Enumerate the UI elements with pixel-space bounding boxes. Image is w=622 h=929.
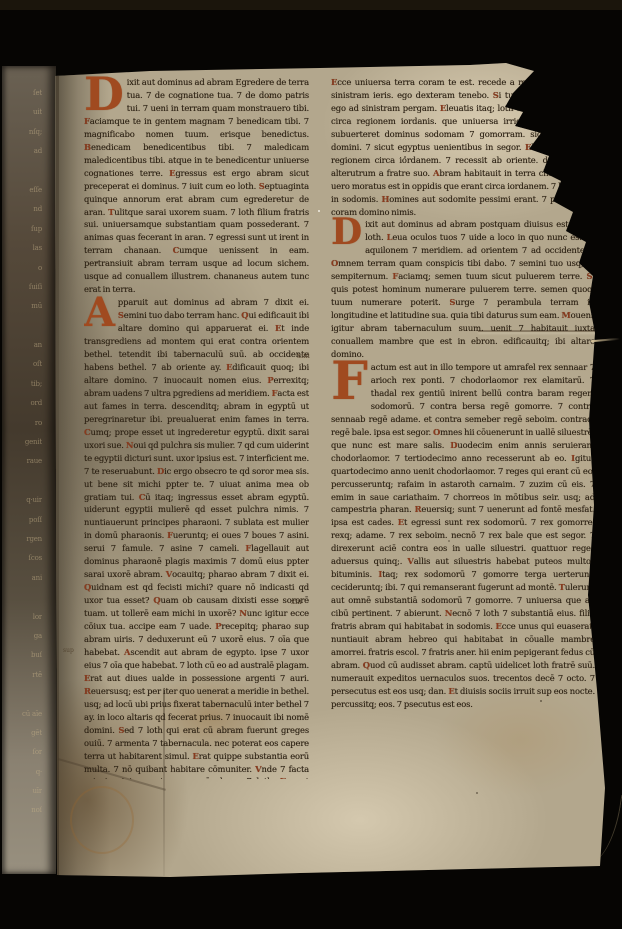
facing-page-fragment: ſor [2, 743, 42, 762]
facing-page-line-ends: ſetuitnſq;adeſſendſuplasoſuiſimūanoſttib… [2, 84, 42, 821]
facing-page-fragment: ani [2, 569, 42, 588]
facing-page-fragment: las [2, 239, 42, 258]
margin-interlinear-note: sup [63, 647, 74, 655]
manuscript-page: Dixit aut dominus ad abram Egredere de t… [0, 0, 622, 929]
facing-page-fragment: q· [2, 763, 42, 782]
rubricated-initial-D: D [331, 218, 362, 247]
facing-page-fragment [2, 588, 42, 607]
manuscript-text: ixit aut dominus ad abram Egredere de te… [84, 77, 309, 294]
facing-page-fragment: rgen [2, 530, 42, 549]
facing-page-fragment: poſſ [2, 511, 42, 530]
facing-page-fragment: eſſe [2, 181, 42, 200]
text-section: Factum est aut in illo tempore ut amrafe… [331, 361, 595, 711]
facing-page-fragment: nd [2, 200, 42, 219]
facing-page-fragment: buſ [2, 646, 42, 665]
facing-page-fragment: ſet [2, 84, 42, 103]
facing-page-fragment: uīr [2, 782, 42, 801]
facing-page-fragment: noſ [2, 801, 42, 820]
facing-page-fragment: ga [2, 627, 42, 646]
facing-page-fragment: tib; [2, 375, 42, 394]
facing-page-fragment: ad [2, 142, 42, 161]
ring-stain [70, 786, 134, 854]
facing-page-edge: ſetuitnſq;adeſſendſuplasoſuiſimūanoſttib… [2, 66, 56, 874]
facing-page-fragment: nſq; [2, 123, 42, 142]
text-section: Ecce uniuersa terra coram te est. recede… [331, 76, 595, 218]
margin-chapter-numeral-xiii: xiii [291, 598, 302, 606]
facing-page-fragment: ord [2, 394, 42, 413]
manuscript-text: ixit aut dominus ad abram postquam diuis… [331, 219, 595, 359]
facing-page-fragment: uit [2, 103, 42, 122]
text-section: Apparuit aut dominus ad abram 7 dixit ei… [84, 296, 309, 779]
facing-page-fragment: rtē [2, 666, 42, 685]
facing-page-fragment [2, 162, 42, 181]
facing-page-fragment: cū aīe [2, 705, 42, 724]
facing-page-fragment: an [2, 336, 42, 355]
manuscript-photo: ſetuitnſq;adeſſendſuplasoſuiſimūanoſttib… [0, 0, 622, 929]
facing-page-fragment: q·uir [2, 491, 42, 510]
manuscript-text: Ecce uniuersa terra coram te est. recede… [331, 77, 595, 217]
facing-page-fragment [2, 472, 42, 491]
facing-page-fragment: genit [2, 433, 42, 452]
needle-thread [591, 338, 620, 343]
text-column-right: Ecce uniuersa terra coram te est. recede… [331, 76, 595, 776]
rubricated-initial-F: F [331, 361, 368, 411]
text-column-left: Dixit aut dominus ad abram Egredere de t… [84, 76, 309, 779]
horizontal-crease [478, 330, 596, 332]
facing-page-fragment [2, 685, 42, 704]
manuscript-text: actum est aut in illo tempore ut amrafel… [331, 362, 595, 709]
facing-page-fragment [2, 317, 42, 336]
facing-page-fragment: oſt [2, 355, 42, 374]
facing-page-fragment: lor [2, 608, 42, 627]
facing-page-fragment: mū [2, 297, 42, 316]
facing-page-fragment: gēt [2, 724, 42, 743]
manuscript-text: pparuit aut dominus ad abram 7 dixit ei.… [84, 297, 309, 779]
facing-page-fragment: ro [2, 414, 42, 433]
rubricated-initial-A: A [84, 296, 115, 329]
margin-chapter-numeral-xiiii: xiiii [297, 352, 310, 360]
facing-page-fragment: ſup [2, 220, 42, 239]
rubricated-initial-D: D [84, 76, 124, 113]
facing-page-fragment: o [2, 259, 42, 278]
facing-page-fragment: ſuiſi [2, 278, 42, 297]
facing-page-fragment: raue [2, 452, 42, 471]
facing-page-fragment: ſcos [2, 549, 42, 568]
spine-fold-crease [56, 70, 59, 875]
diagonal-crease [58, 758, 166, 791]
slide-frame-band [0, 0, 622, 10]
text-section: Dixit aut dominus ad abram Egredere de t… [84, 76, 309, 296]
text-section: Dixit aut dominus ad abram postquam diui… [331, 218, 595, 360]
vertical-crease [163, 690, 165, 876]
